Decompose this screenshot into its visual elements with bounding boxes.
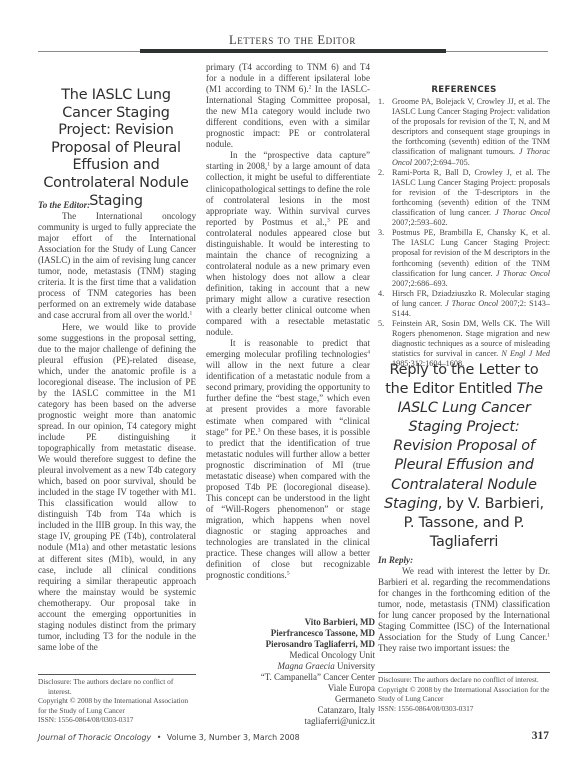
disclosure: Disclosure: The authors declare no confl… bbox=[38, 677, 196, 696]
affiliation-line: “T. Campanella” Cancer Center bbox=[230, 672, 375, 683]
letter-column-1: To the Editor: The International oncolog… bbox=[38, 200, 196, 653]
letter-title: The IASLC Lung Cancer Staging Project: R… bbox=[38, 87, 194, 210]
reference-item: 3.Postmus PE, Brambilla E, Chansky K, et… bbox=[378, 228, 550, 289]
letter-footnote: Disclosure: The authors declare no confl… bbox=[38, 677, 196, 725]
affiliation-line: Germaneto bbox=[230, 694, 375, 705]
footer-journal-info: Journal of Thoracic Oncology • Volume 3,… bbox=[38, 733, 300, 742]
references-list: 1.Groome PA, Bolejack V, Crowley JJ, et … bbox=[378, 97, 550, 370]
author-name: Pierfrancesco Tassone, MD bbox=[230, 628, 375, 639]
affiliation-line: Medical Oncology Unit bbox=[230, 650, 375, 661]
author-name: Vito Barbieri, MD bbox=[230, 617, 375, 628]
reference-item: 2.Rami-Porta R, Ball D, Crowley J, et al… bbox=[378, 168, 550, 229]
bullet-separator: • bbox=[157, 733, 162, 742]
issue-info: Volume 3, Number 3, March 2008 bbox=[167, 733, 300, 742]
copyright: Copyright © 2008 by the International As… bbox=[378, 685, 550, 704]
affiliation-line: Catanzaro, Italy bbox=[230, 705, 375, 716]
journal-name: Journal of Thoracic Oncology bbox=[38, 733, 151, 742]
reference-item: 4.Hirsch FR, Dziadziuszko R. Molecular s… bbox=[378, 289, 550, 319]
reply-footnote: Disclosure: The authors declare no confl… bbox=[378, 675, 550, 713]
signature-block: Vito Barbieri, MD Pierfrancesco Tassone,… bbox=[230, 617, 375, 727]
header-rule-left bbox=[38, 51, 140, 52]
issn: ISSN: 1556-0864/08/0303-0317 bbox=[38, 715, 196, 725]
reply-paragraph: We read with interest the letter by Dr. … bbox=[378, 566, 550, 654]
letter-salutation: To the Editor: bbox=[38, 200, 90, 210]
affiliation-line: Viale Europa bbox=[230, 683, 375, 694]
letter-paragraph: Here, we would like to provide some sugg… bbox=[38, 322, 196, 653]
reference-item: 1.Groome PA, Bolejack V, Crowley JJ, et … bbox=[378, 97, 550, 168]
letter-paragraph: The International oncology community is … bbox=[38, 211, 196, 321]
letter-column-2: primary (T4 according to TNM 6) and T4 f… bbox=[206, 62, 370, 581]
issn: ISSN: 1556-0864/08/0303-0317 bbox=[378, 704, 550, 714]
header-rule-center bbox=[140, 49, 446, 53]
author-name: Pierosandro Tagliaferri, MD bbox=[230, 639, 375, 650]
references-heading: REFERENCES bbox=[378, 85, 550, 95]
disclosure: Disclosure: The authors declare no confl… bbox=[378, 675, 550, 685]
letter-paragraph: primary (T4 according to TNM 6) and T4 f… bbox=[206, 62, 370, 150]
affiliation-line: Magna Graecia University bbox=[230, 661, 375, 672]
running-head: Letters to the Editor bbox=[0, 33, 585, 48]
letter-paragraph: It is reasonable to predict that emergin… bbox=[206, 338, 370, 581]
page-number: 317 bbox=[532, 730, 549, 742]
author-email[interactable]: tagliaferri@unicz.it bbox=[230, 716, 375, 727]
copyright: Copyright © 2008 by the International As… bbox=[38, 696, 196, 715]
header-rule-right bbox=[446, 51, 548, 52]
footnote-rule-left bbox=[38, 674, 196, 675]
reply-column: In Reply: We read with interest the lett… bbox=[378, 555, 550, 654]
letter-paragraph: In the “prospective data capture” starti… bbox=[206, 150, 370, 338]
reply-salutation: In Reply: bbox=[378, 555, 413, 565]
reply-title: Reply to the Letter to the Editor Entitl… bbox=[378, 361, 550, 552]
footnote-rule-right bbox=[378, 672, 550, 673]
